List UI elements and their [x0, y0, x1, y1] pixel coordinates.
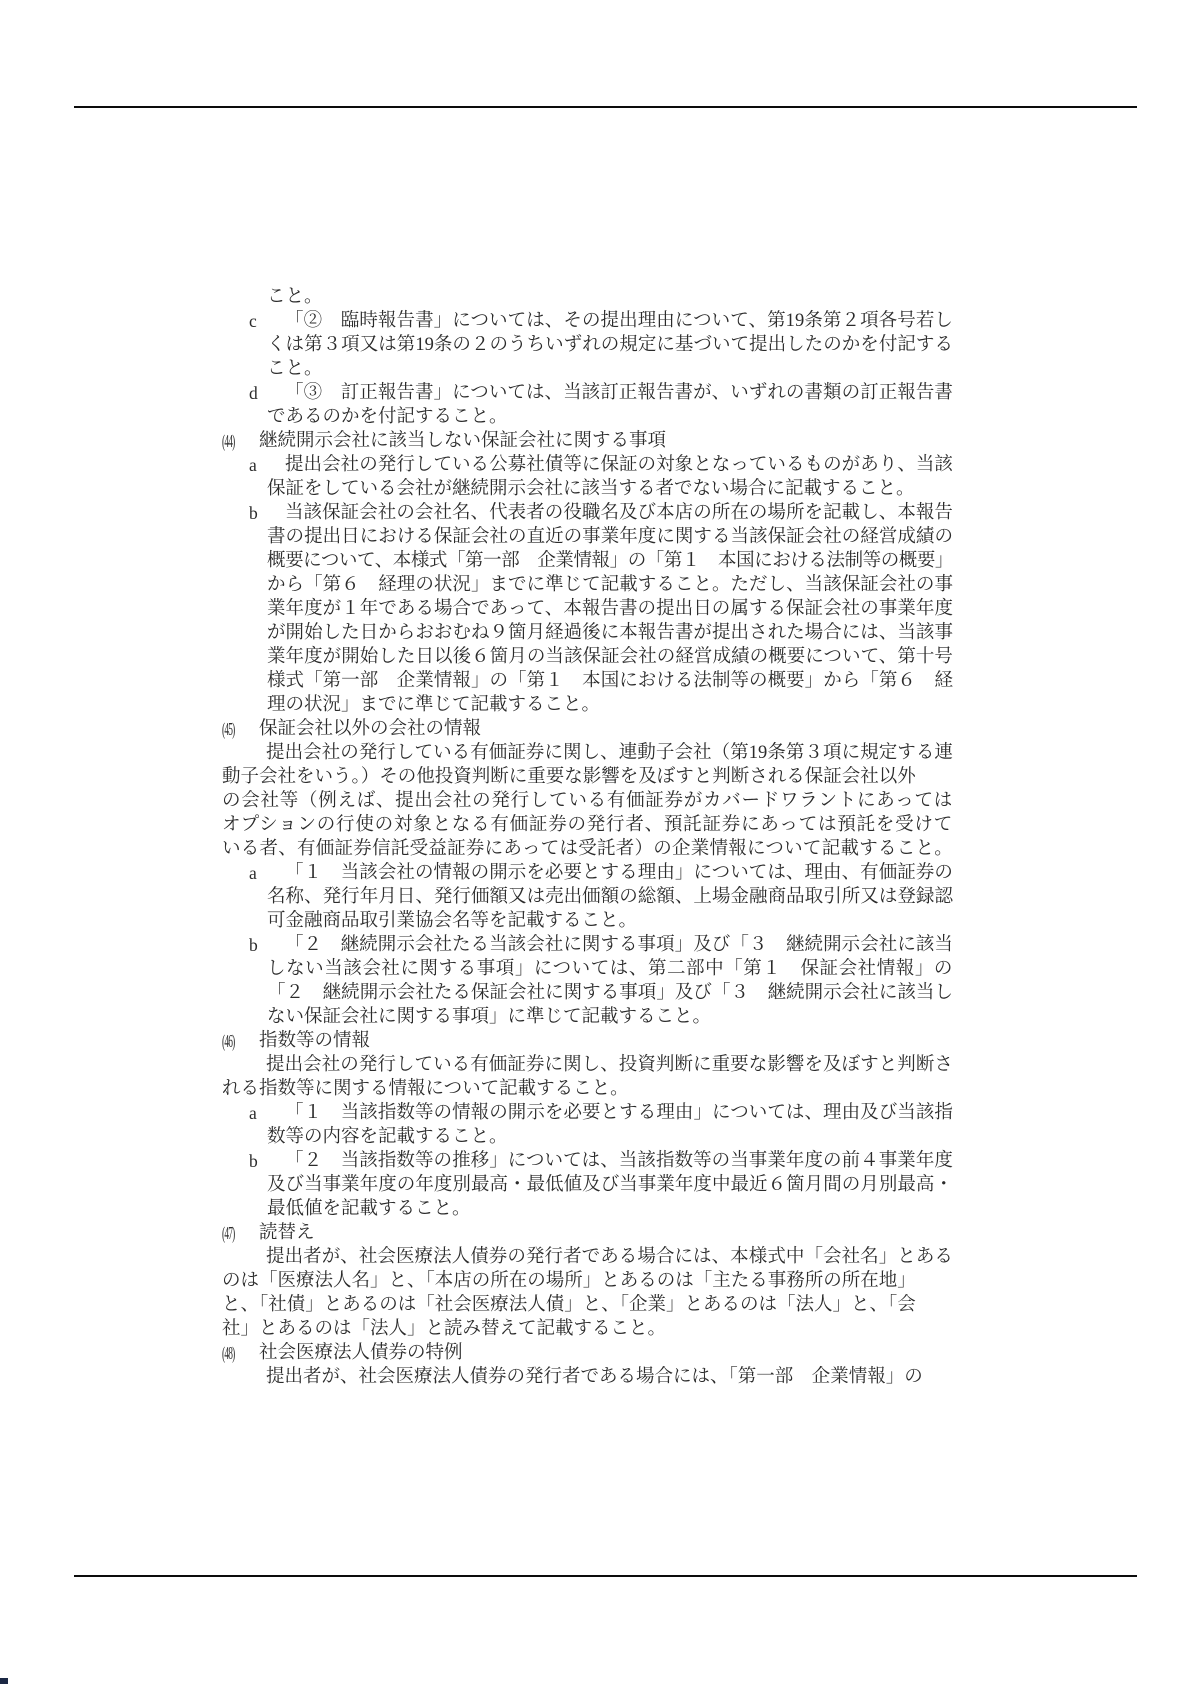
- text-line: d「③ 訂正報告書」については、当該訂正報告書が、いずれの書類の訂正報告書: [0, 381, 1192, 405]
- text-line: 名称、発行年月日、発行価額又は売出価額の総額、上場金融商品取引所又は登録認: [0, 885, 1192, 909]
- item-number-marker: (46): [222, 1029, 234, 1053]
- item-number-marker: (47): [222, 1221, 234, 1245]
- text-line: b「２ 継続開示会社たる当該会社に関する事項」及び「３ 継続開示会社に該当: [0, 933, 1192, 957]
- line-text: 「２ 継続開示会社たる当該会社に関する事項」及び「３ 継続開示会社に該当: [285, 933, 953, 957]
- line-text: 及び当事業年度の年度別最高・最低値及び当事業年度中最近６箇月間の月別最高・: [267, 1173, 953, 1197]
- text-line: b当該保証会社の会社名、代表者の役職名及び本店の所在の場所を記載し、本報告: [0, 501, 1192, 525]
- line-text: が開始した日からおおむね９箇月経過後に本報告書が提出された場合には、当該事: [267, 621, 953, 645]
- line-text: 業年度が開始した日以後６箇月の当該保証会社の経営成績の概要について、第十号: [267, 645, 953, 669]
- sub-item-marker: a: [249, 861, 257, 885]
- page-rule-top: [74, 106, 1137, 108]
- text-line: 保証をしている会社が継続開示会社に該当する者でない場合に記載すること。: [0, 477, 1192, 501]
- text-line: 概要について、本様式「第一部 企業情報」の「第１ 本国における法制等の概要」: [0, 549, 1192, 573]
- text-line: 及び当事業年度の年度別最高・最低値及び当事業年度中最近６箇月間の月別最高・: [0, 1173, 1192, 1197]
- sub-item-marker: c: [249, 309, 257, 333]
- text-line: (48)社会医療法人債券の特例: [0, 1341, 1192, 1365]
- line-text: から「第６ 経理の状況」までに準じて記載すること。ただし、当該保証会社の事: [267, 573, 953, 597]
- text-line: であるのかを付記すること。: [0, 405, 1192, 429]
- line-text: 指数等の情報: [259, 1029, 370, 1053]
- text-line: 業年度が開始した日以後６箇月の当該保証会社の経営成績の概要について、第十号: [0, 645, 1192, 669]
- text-line: b「２ 当該指数等の推移」については、当該指数等の当事業年度の前４事業年度: [0, 1149, 1192, 1173]
- line-text: くは第３項又は第19条の２のうちいずれの規定に基づいて提出したのかを付記する: [267, 333, 953, 357]
- text-line: 数等の内容を記載すること。: [0, 1125, 1192, 1149]
- line-text: 「１ 当該指数等の情報の開示を必要とする理由」については、理由及び当該指: [285, 1101, 953, 1125]
- sub-item-marker: b: [249, 933, 258, 957]
- line-text: 社会医療法人債券の特例: [259, 1341, 463, 1365]
- text-line: 理の状況」までに準じて記載すること。: [0, 693, 1192, 717]
- text-line: 可金融商品取引業協会名等を記載すること。: [0, 909, 1192, 933]
- text-line: 様式「第一部 企業情報」の「第１ 本国における法制等の概要」から「第６ 経: [0, 669, 1192, 693]
- text-line: こと。: [0, 285, 1192, 309]
- text-line: a提出会社の発行している公募社債等に保証の対象となっているものがあり、当該: [0, 453, 1192, 477]
- line-text: 「１ 当該会社の情報の開示を必要とする理由」については、理由、有価証券の: [285, 861, 953, 885]
- scan-artifact: [0, 1678, 8, 1684]
- line-text: いる者、有価証券信託受益証券にあっては受託者）の企業情報について記載すること。: [222, 837, 953, 861]
- text-line: が開始した日からおおむね９箇月経過後に本報告書が提出された場合には、当該事: [0, 621, 1192, 645]
- line-text: 業年度が１年である場合であって、本報告書の提出日の属する保証会社の事業年度: [267, 597, 953, 621]
- sub-item-marker: b: [249, 1149, 258, 1173]
- sub-item-marker: d: [249, 381, 258, 405]
- line-text: 「③ 訂正報告書」については、当該訂正報告書が、いずれの書類の訂正報告書: [285, 381, 953, 405]
- line-text: れる指数等に関する情報について記載すること。: [222, 1077, 629, 1101]
- text-line: ない保証会社に関する事項」に準じて記載すること。: [0, 1005, 1192, 1029]
- text-line: いる者、有価証券信託受益証券にあっては受託者）の企業情報について記載すること。: [0, 837, 1192, 861]
- line-text: こと。: [267, 357, 323, 381]
- text-line: 動子会社をいう。）その他投資判断に重要な影響を及ぼすと判断される保証会社以外: [0, 765, 1192, 789]
- text-line: から「第６ 経理の状況」までに準じて記載すること。ただし、当該保証会社の事: [0, 573, 1192, 597]
- line-text: 動子会社をいう。）その他投資判断に重要な影響を及ぼすと判断される保証会社以外: [222, 765, 916, 789]
- line-text: 可金融商品取引業協会名等を記載すること。: [267, 909, 637, 933]
- text-line: 業年度が１年である場合であって、本報告書の提出日の属する保証会社の事業年度: [0, 597, 1192, 621]
- line-text: 概要について、本様式「第一部 企業情報」の「第１ 本国における法制等の概要」: [267, 549, 953, 573]
- text-line: (46)指数等の情報: [0, 1029, 1192, 1053]
- line-text: 提出会社の発行している有価証券に関し、連動子会社（第19条第３項に規定する連: [266, 741, 953, 765]
- text-line: オプションの行使の対象となる有価証券の発行者、預託証券にあっては預託を受けて: [0, 813, 1192, 837]
- item-number-marker: (45): [222, 717, 234, 741]
- text-line: こと。: [0, 357, 1192, 381]
- text-line: 社」とあるのは「法人」と読み替えて記載すること。: [0, 1317, 1192, 1341]
- line-text: 様式「第一部 企業情報」の「第１ 本国における法制等の概要」から「第６ 経: [267, 669, 953, 693]
- sub-item-marker: b: [249, 501, 258, 525]
- text-line: 提出会社の発行している有価証券に関し、投資判断に重要な影響を及ぼすと判断さ: [0, 1053, 1192, 1077]
- text-line: れる指数等に関する情報について記載すること。: [0, 1077, 1192, 1101]
- text-line: 最低値を記載すること。: [0, 1197, 1192, 1221]
- text-line: と、「社債」とあるのは「社会医療法人債」と、「企業」とあるのは「法人」と、「会: [0, 1293, 1192, 1317]
- text-line: しない当該会社に関する事項」については、第二部中「第１ 保証会社情報」の: [0, 957, 1192, 981]
- text-line: c「② 臨時報告書」については、その提出理由について、第19条第２項各号若し: [0, 309, 1192, 333]
- line-text: 提出者が、社会医療法人債券の発行者である場合には、「第一部 企業情報」の: [266, 1365, 923, 1389]
- line-text: 書の提出日における保証会社の直近の事業年度に関する当該保証会社の経営成績の: [267, 525, 953, 549]
- item-number-marker: (44): [222, 429, 234, 453]
- sub-item-marker: a: [249, 453, 257, 477]
- line-text: 名称、発行年月日、発行価額又は売出価額の総額、上場金融商品取引所又は登録認: [267, 885, 953, 909]
- text-line: 提出者が、社会医療法人債券の発行者である場合には、本様式中「会社名」とある: [0, 1245, 1192, 1269]
- line-text: のは「医療法人名」と、「本店の所在の場所」とあるのは「主たる事務所の所在地」: [222, 1269, 916, 1293]
- line-text: の会社等（例えば、提出会社の発行している有価証券がカバードワラントにあっては: [222, 789, 953, 813]
- line-text: こと。: [267, 285, 323, 309]
- line-text: であるのかを付記すること。: [267, 405, 508, 429]
- text-line: 「２ 継続開示会社たる保証会社に関する事項」及び「３ 継続開示会社に該当し: [0, 981, 1192, 1005]
- text-line: a「１ 当該会社の情報の開示を必要とする理由」については、理由、有価証券の: [0, 861, 1192, 885]
- line-text: 読替え: [259, 1221, 315, 1245]
- line-text: 数等の内容を記載すること。: [267, 1125, 508, 1149]
- text-line: くは第３項又は第19条の２のうちいずれの規定に基づいて提出したのかを付記する: [0, 333, 1192, 357]
- text-line: (47)読替え: [0, 1221, 1192, 1245]
- text-line: のは「医療法人名」と、「本店の所在の場所」とあるのは「主たる事務所の所在地」: [0, 1269, 1192, 1293]
- line-text: 最低値を記載すること。: [267, 1197, 471, 1221]
- text-line: a「１ 当該指数等の情報の開示を必要とする理由」については、理由及び当該指: [0, 1101, 1192, 1125]
- line-text: 当該保証会社の会社名、代表者の役職名及び本店の所在の場所を記載し、本報告: [285, 501, 953, 525]
- line-text: 「② 臨時報告書」については、その提出理由について、第19条第２項各号若し: [285, 309, 953, 333]
- document-text-block: こと。c「② 臨時報告書」については、その提出理由について、第19条第２項各号若…: [0, 285, 1192, 1389]
- line-text: ない保証会社に関する事項」に準じて記載すること。: [267, 1005, 711, 1029]
- page-rule-bottom: [74, 1575, 1137, 1577]
- item-number-marker: (48): [222, 1341, 234, 1365]
- line-text: 提出会社の発行している公募社債等に保証の対象となっているものがあり、当該: [285, 453, 953, 477]
- line-text: 保証会社以外の会社の情報: [259, 717, 481, 741]
- line-text: 「２ 継続開示会社たる保証会社に関する事項」及び「３ 継続開示会社に該当し: [267, 981, 953, 1005]
- line-text: 継続開示会社に該当しない保証会社に関する事項: [259, 429, 666, 453]
- line-text: 「２ 当該指数等の推移」については、当該指数等の当事業年度の前４事業年度: [285, 1149, 953, 1173]
- line-text: しない当該会社に関する事項」については、第二部中「第１ 保証会社情報」の: [267, 957, 953, 981]
- text-line: (44)継続開示会社に該当しない保証会社に関する事項: [0, 429, 1192, 453]
- sub-item-marker: a: [249, 1101, 257, 1125]
- line-text: 保証をしている会社が継続開示会社に該当する者でない場合に記載すること。: [267, 477, 915, 501]
- text-line: (45)保証会社以外の会社の情報: [0, 717, 1192, 741]
- line-text: と、「社債」とあるのは「社会医療法人債」と、「企業」とあるのは「法人」と、「会: [222, 1293, 916, 1317]
- text-line: 書の提出日における保証会社の直近の事業年度に関する当該保証会社の経営成績の: [0, 525, 1192, 549]
- line-text: 理の状況」までに準じて記載すること。: [267, 693, 600, 717]
- line-text: 提出者が、社会医療法人債券の発行者である場合には、本様式中「会社名」とある: [266, 1245, 953, 1269]
- line-text: オプションの行使の対象となる有価証券の発行者、預託証券にあっては預託を受けて: [222, 813, 953, 837]
- text-line: 提出会社の発行している有価証券に関し、連動子会社（第19条第３項に規定する連: [0, 741, 1192, 765]
- text-line: 提出者が、社会医療法人債券の発行者である場合には、「第一部 企業情報」の: [0, 1365, 1192, 1389]
- text-line: の会社等（例えば、提出会社の発行している有価証券がカバードワラントにあっては: [0, 789, 1192, 813]
- line-text: 社」とあるのは「法人」と読み替えて記載すること。: [222, 1317, 666, 1341]
- line-text: 提出会社の発行している有価証券に関し、投資判断に重要な影響を及ぼすと判断さ: [266, 1053, 953, 1077]
